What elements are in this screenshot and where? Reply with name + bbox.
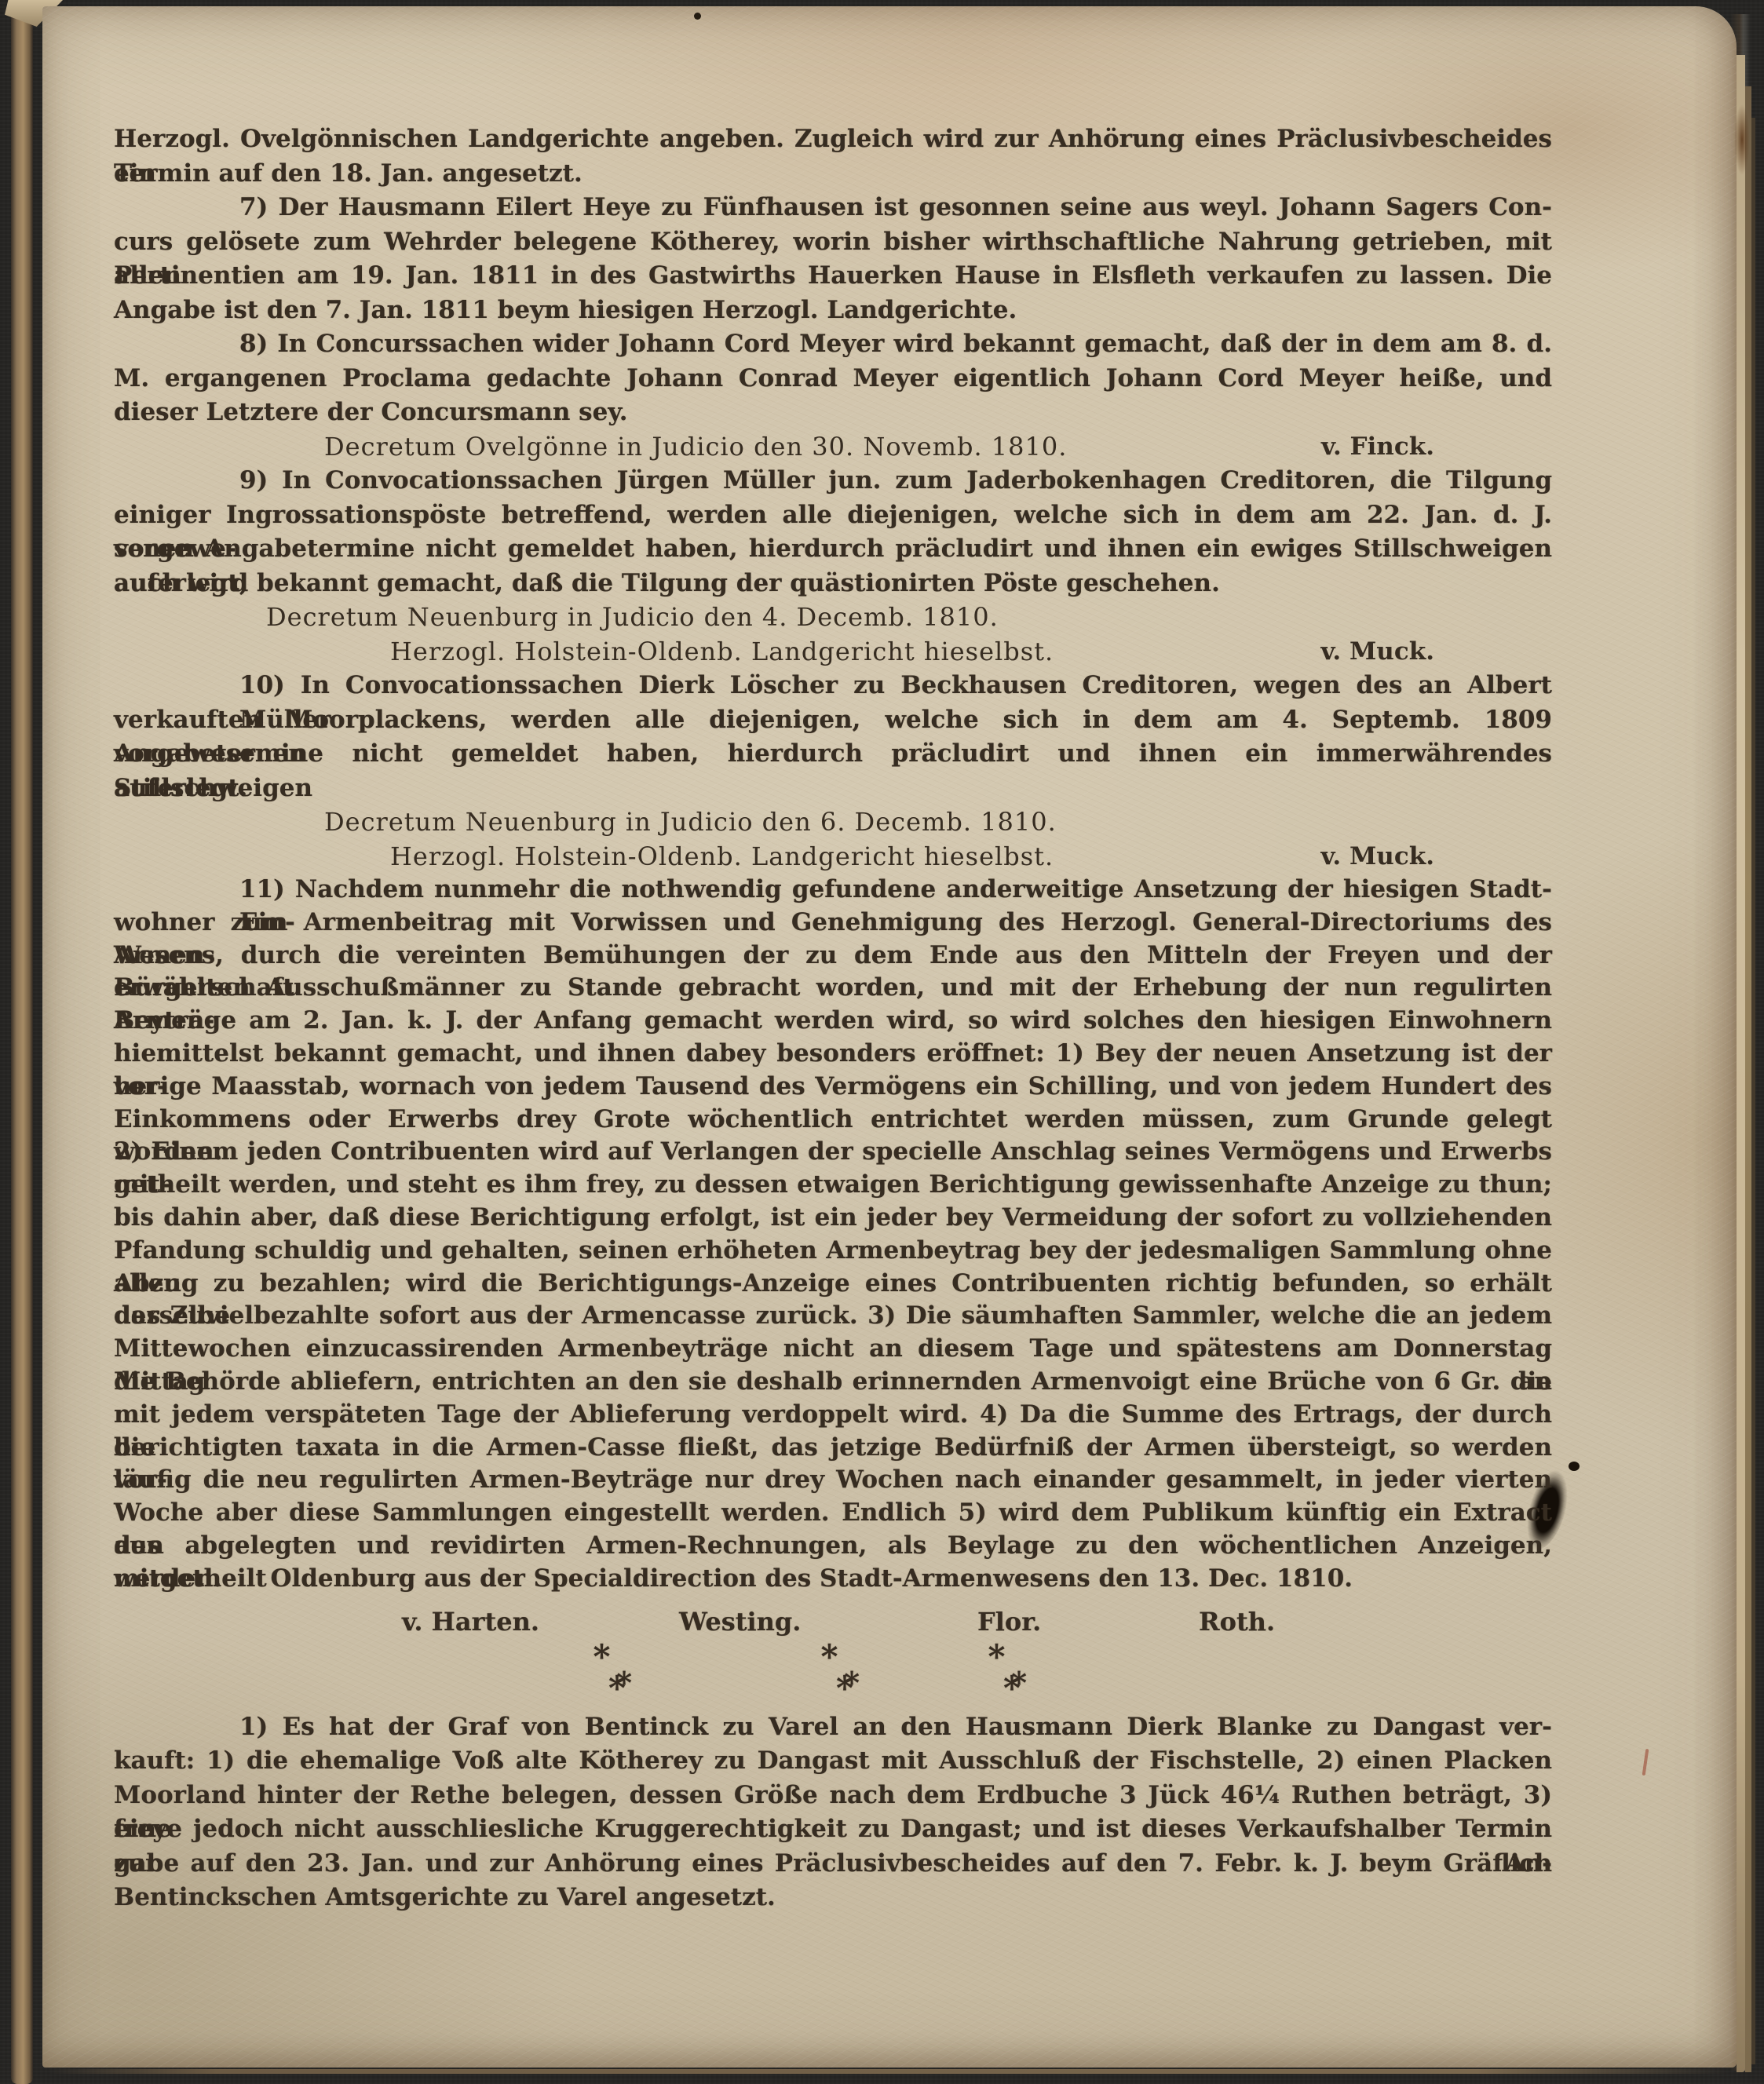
text-line: Decretum Ovelgönne in Judicio den 30. No… (114, 430, 1552, 465)
text-line: 8) In Concurssachen wider Johann Cord Me… (114, 327, 1552, 362)
asterism-group: * ** (816, 1641, 887, 1699)
official-signature: Westing. (679, 1607, 801, 1637)
text-line: curs gelösete zum Wehrder belegene Köthe… (114, 225, 1552, 260)
text-line: 11) Nachdem nunmehr die nothwendig gefun… (114, 874, 1552, 907)
text-line: Termin auf den 18. Jan. angesetzt. (114, 157, 1552, 192)
text-line: Pfandung schuldig und gehalten, seinen e… (114, 1235, 1552, 1268)
text-line: die Behörde abliefern, entrichten an den… (114, 1366, 1552, 1399)
text-line: erwählten Ausschußmänner zu Stande gebra… (114, 972, 1552, 1005)
document.armen_decree_section: 11) Nachdem nunmehr die nothwendig gefun… (114, 874, 1552, 1596)
page-stack-edge (1745, 86, 1751, 2072)
text-line: berichtigten taxata in die Armen-Casse f… (114, 1432, 1552, 1465)
text-line: Pertinentien am 19. Jan. 1811 in des Gas… (114, 259, 1552, 294)
scanned-page-scene: Herzogl. Ovelgönnischen Landgerichte ang… (0, 0, 1764, 2084)
text-line: auferlegt. (114, 772, 1552, 806)
asterisk: * (816, 1673, 887, 1699)
text-line: 2) Einem jeden Contribuenten wird auf Ve… (114, 1136, 1552, 1169)
asterism-separator: * *** *** ** (114, 1641, 1552, 1703)
asterism-group: * ** (589, 1641, 659, 1699)
text-line: werden. Oldenburg aus der Specialdirecti… (114, 1563, 1552, 1596)
asterism-group: * ** (984, 1641, 1054, 1699)
text-line: einiger Ingrossationspöste betreffend, w… (114, 498, 1552, 533)
text-line: Herzogl. Holstein-Oldenb. Landgericht hi… (114, 635, 1552, 670)
text-line: bis dahin aber, daß diese Berichtigung e… (114, 1202, 1552, 1235)
official-signature: v. Muck. (1321, 840, 1434, 874)
text-line: Moorland hinter der Rethe belegen, desse… (114, 1779, 1552, 1813)
official-signature: Flor. (977, 1607, 1041, 1637)
official-signature: v. Finck. (1321, 430, 1434, 465)
document.notices_section: Herzogl. Ovelgönnischen Landgerichte ang… (114, 122, 1552, 874)
text-line: auch wird bekannt gemacht, daß die Tilgu… (114, 567, 1552, 601)
text-line: Abzug zu bezahlen; wird die Berichtigung… (114, 1268, 1552, 1301)
text-line: Herzogl. Holstein-Oldenb. Landgericht hi… (114, 840, 1552, 874)
text-line: Einkommens oder Erwerbs drey Grote wöche… (114, 1104, 1552, 1137)
page-stack-bottom-edge (49, 2069, 1729, 2074)
text-line: Angabe ist den 7. Jan. 1811 beym hiesige… (114, 294, 1552, 328)
text-line: mit jedem verspäteten Tage der Ablieferu… (114, 1399, 1552, 1432)
text-line: 10) In Convocationssachen Dierk Löscher … (114, 669, 1552, 703)
text-line: 7) Der Hausmann Eilert Heye zu Fünfhause… (114, 191, 1552, 225)
text-line: Wesens, durch die vereinten Bemühungen d… (114, 940, 1552, 973)
official-signature: Roth. (1199, 1607, 1275, 1637)
text-line: Bentinckschen Amtsgerichte zu Varel ange… (114, 1881, 1552, 1915)
ink-blot-speck (1569, 1462, 1580, 1471)
text-line: das Zuvielbezahlte sofort aus der Armenc… (114, 1300, 1552, 1333)
page-stack-edge (1737, 55, 1745, 2072)
text-line: Woche aber diese Sammlungen eingestellt … (114, 1497, 1552, 1530)
text-line: wohner zum Armenbeitrag mit Vorwissen un… (114, 907, 1552, 940)
official-signature: v. Harten. (402, 1607, 539, 1637)
text-line: den abgelegten und revidirten Armen-Rech… (114, 1530, 1552, 1563)
text-line: Decretum Neuenburg in Judicio den 4. Dec… (114, 600, 1552, 635)
document.sale_notice_section: 1) Es hat der Graf von Bentinck zu Varel… (114, 1710, 1552, 1915)
text-line: M. ergangenen Proclama gedachte Johann C… (114, 362, 1552, 396)
printed-text-column: Herzogl. Ovelgönnischen Landgerichte ang… (114, 122, 1552, 1915)
text-line: Beyträge am 2. Jan. k. J. der Anfang gem… (114, 1005, 1552, 1038)
text-line: Decretum Neuenburg in Judicio den 6. Dec… (114, 805, 1552, 840)
text-line: freye jedoch nicht ausschliesliche Krugg… (114, 1812, 1552, 1847)
text-line: Herzogl. Ovelgönnischen Landgerichte ang… (114, 122, 1552, 157)
text-line: 1) Es hat der Graf von Bentinck zu Varel… (114, 1710, 1552, 1745)
text-line: gabe auf den 23. Jan. und zur Anhörung e… (114, 1847, 1552, 1881)
text-line: Mittewochen einzucassirenden Armenbeyträ… (114, 1333, 1552, 1366)
text-line: dieser Letztere der Concursmann sey. (114, 396, 1552, 430)
edge-stain (1732, 93, 1752, 187)
paper-speck (694, 13, 701, 20)
official-signature: v. Muck. (1321, 635, 1434, 670)
text-line: 9) In Convocationssachen Jürgen Müller j… (114, 464, 1552, 498)
text-line: herige Maasstab, wornach von jedem Tause… (114, 1071, 1552, 1104)
text-line: läufig die neu regulirten Armen-Beyträge… (114, 1464, 1552, 1497)
page-stack-edge (1751, 118, 1755, 2064)
adjacent-leaf-edge (11, 0, 33, 2084)
text-line: getheilt werden, und steht es ihm frey, … (114, 1169, 1552, 1202)
asterisk: * (589, 1673, 659, 1699)
signature-row: v. Harten.Westing.Flor.Roth. (114, 1607, 1552, 1641)
text-line: kauft: 1) die ehemalige Voß alte Köthere… (114, 1744, 1552, 1779)
text-line: senen Angabetermine nicht gemeldet haben… (114, 532, 1552, 567)
text-line: verkauften Moorplackens, werden alle die… (114, 703, 1552, 738)
text-line: hiemittelst bekannt gemacht, und ihnen d… (114, 1038, 1552, 1071)
asterisk: * (984, 1673, 1054, 1699)
text-line: Angabetermine nicht gemeldet haben, hier… (114, 737, 1552, 772)
